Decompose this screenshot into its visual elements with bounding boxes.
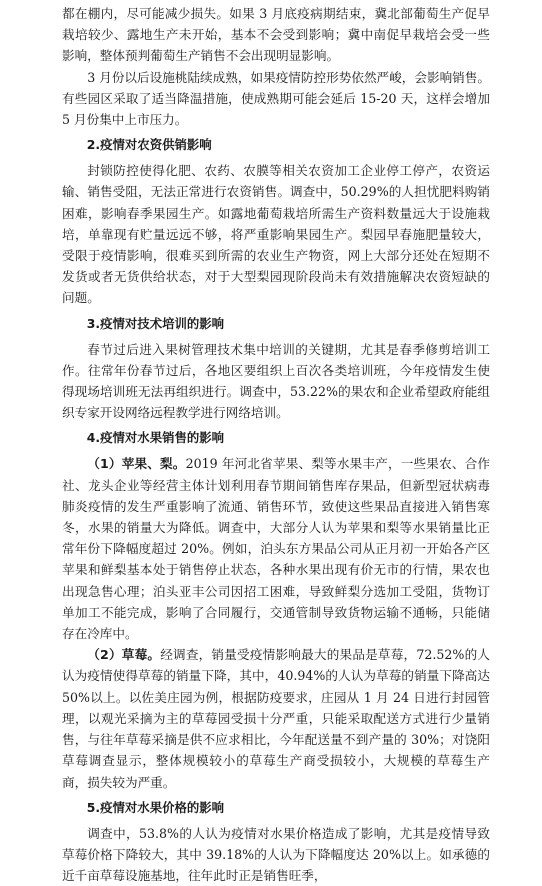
section-heading-training: 3.疫情对技术培训的影响 [62,313,490,335]
item-text-apple-pear: 2019 年河北省苹果、梨等水果丰产，一些果农、合作社、龙头企业等经营主体计划利… [62,456,490,641]
paragraph-training: 春节过后进入果树管理技术集中培训的关键期，尤其是春季修剪培训工作。往常年份春节过… [62,339,490,424]
section-heading-supplies: 2.疫情对农资供销影响 [62,134,490,156]
paragraph-peach-impact: 3 月份以后设施桃陆续成熟，如果疫情防控形势依然严峻，会影响销售。有些园区采取了… [62,67,490,131]
item-lead-strawberry: （2）草莓。 [87,647,160,662]
paragraph-apple-pear-sales: （1）苹果、梨。2019 年河北省苹果、梨等水果丰产，一些果农、合作社、龙头企业… [62,453,490,644]
paragraph-supplies: 封锁防控使得化肥、农药、农膜等相关农资加工企业停工停产，农资运输、销售受阻，无法… [62,160,490,308]
document-page: 都在棚内，尽可能减少损失。如果 3 月底疫病期结束，冀北部葡萄生产促早栽培较少、… [62,3,490,693]
section-heading-sales: 4.疫情对水果销售的影响 [62,427,490,449]
paragraph-grape-impact: 都在棚内，尽可能减少损失。如果 3 月底疫病期结束，冀北部葡萄生产促早栽培较少、… [62,3,490,67]
paragraph-strawberry-sales: （2）草莓。经调查，销量受疫情影响最大的果品是草莓，72.52%的人认为疫情使得… [62,644,490,693]
item-lead-apple-pear: （1）苹果、梨。 [87,456,185,471]
